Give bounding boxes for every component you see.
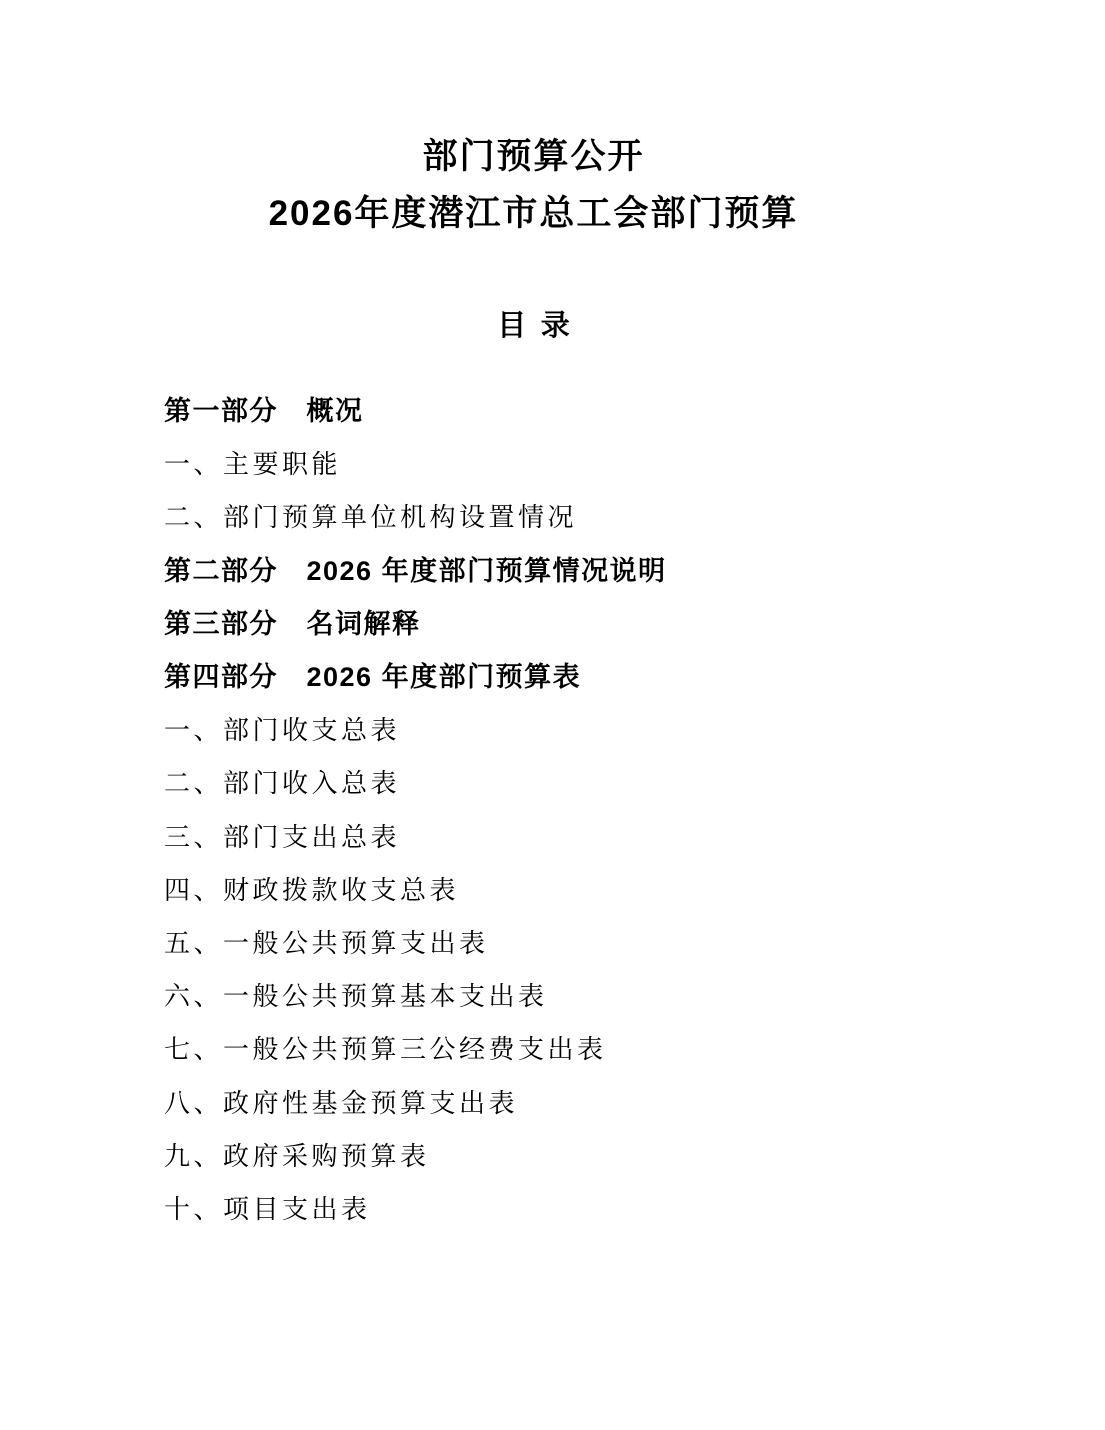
toc-item: 一、主要职能 bbox=[164, 438, 1105, 491]
toc-heading: 目 录 bbox=[0, 308, 1105, 344]
toc-item: 十、项目支出表 bbox=[164, 1183, 1105, 1236]
toc-item: 第三部分 名词解释 bbox=[164, 598, 1105, 651]
toc-item: 八、政府性基金预算支出表 bbox=[164, 1077, 1105, 1130]
toc-item: 四、财政拨款收支总表 bbox=[164, 864, 1105, 917]
toc-item: 六、一般公共预算基本支出表 bbox=[164, 970, 1105, 1023]
toc-item: 第一部分 概况 bbox=[164, 385, 1105, 438]
toc-list: 第一部分 概况一、主要职能二、部门预算单位机构设置情况第二部分 2026 年度部… bbox=[0, 385, 1105, 1236]
document-title-block: 部门预算公开 2026年度潜江市总工会部门预算 bbox=[0, 0, 1105, 242]
toc-item: 二、部门收入总表 bbox=[164, 757, 1105, 810]
toc-item: 第二部分 2026 年度部门预算情况说明 bbox=[164, 545, 1105, 598]
toc-item: 三、部门支出总表 bbox=[164, 811, 1105, 864]
document-page: 部门预算公开 2026年度潜江市总工会部门预算 目 录 第一部分 概况一、主要职… bbox=[0, 0, 1105, 1430]
toc-item: 七、一般公共预算三公经费支出表 bbox=[164, 1023, 1105, 1076]
toc-item: 九、政府采购预算表 bbox=[164, 1130, 1105, 1183]
toc-item: 二、部门预算单位机构设置情况 bbox=[164, 491, 1105, 544]
document-title-line-2: 2026年度潜江市总工会部门预算 bbox=[0, 185, 1067, 242]
toc-item: 一、部门收支总表 bbox=[164, 704, 1105, 757]
toc-item: 第四部分 2026 年度部门预算表 bbox=[164, 651, 1105, 704]
document-title-line-1: 部门预算公开 bbox=[0, 128, 1067, 185]
toc-item: 五、一般公共预算支出表 bbox=[164, 917, 1105, 970]
